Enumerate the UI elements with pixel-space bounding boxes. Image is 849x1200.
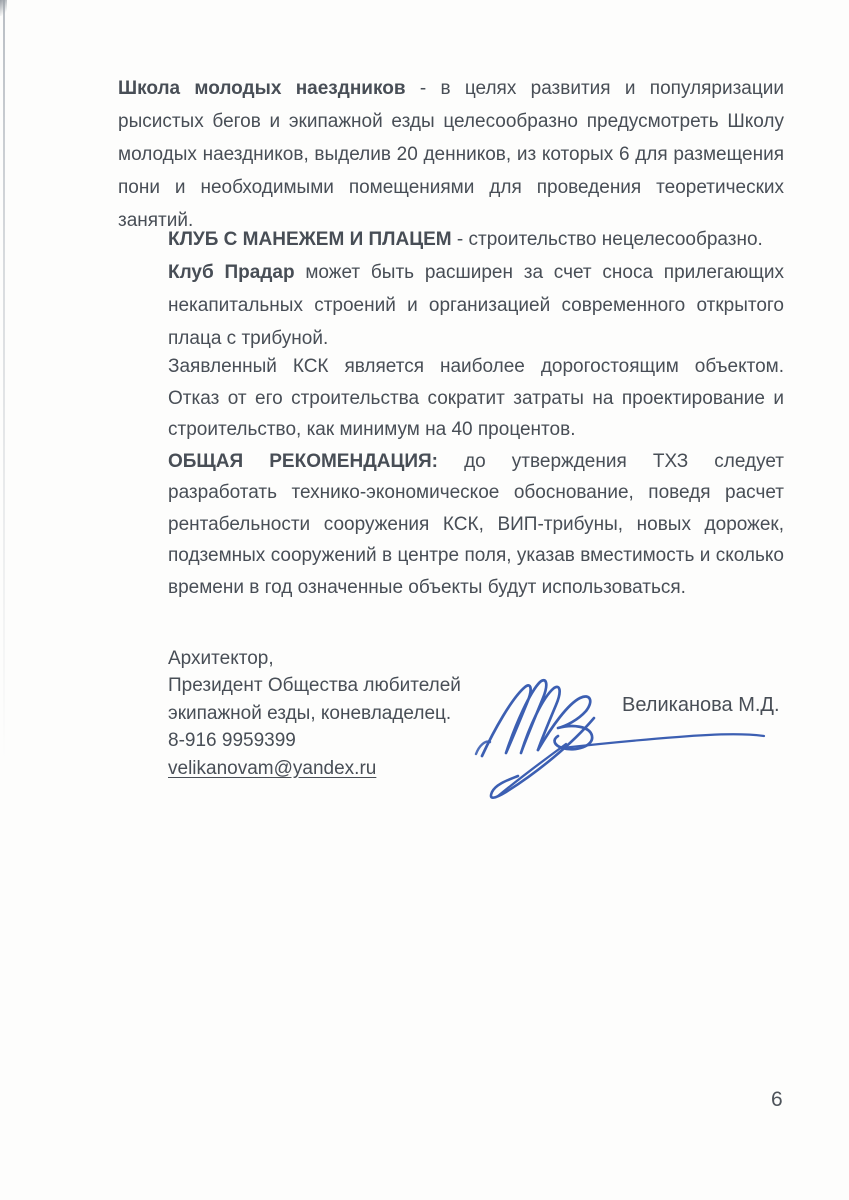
signer-name: Великанова М.Д. [622, 694, 780, 717]
recommendation-text: до утверждения ТХЗ следует разработать т… [168, 451, 784, 598]
signer-title-line: Архитектор, [168, 645, 461, 672]
paragraph-group-recommendation: Заявленный КСК является наиболее дорогос… [168, 351, 784, 603]
paragraph-club-pradar: Клуб Прадар может быть расширен за счет … [168, 256, 784, 355]
signer-title-line: Президент Общества любителей [168, 672, 461, 699]
scan-edge-artifact [3, 0, 5, 760]
scan-corner-mark [0, 0, 7, 16]
document-page: Школа молодых наездников - в целях разви… [0, 0, 849, 1200]
signer-title-line: экипажной езды, коневладелец. [168, 700, 461, 727]
page-number: 6 [771, 1088, 783, 1112]
school-heading-bold: Школа молодых наездников [118, 78, 406, 99]
school-text: - в целях развития и популяризации рысис… [118, 78, 784, 231]
club-heading-bold: КЛУБ С МАНЕЖЕМ И ПЛАЦЕМ [168, 229, 452, 250]
signature-block: Архитектор, Президент Общества любителей… [168, 645, 461, 782]
recommendation-bold: ОБЩАЯ РЕКОМЕНДАЦИЯ: [168, 451, 438, 472]
signer-phone: 8-916 9959399 [168, 727, 461, 754]
paragraph-recommendation: ОБЩАЯ РЕКОМЕНДАЦИЯ: до утверждения ТХЗ с… [168, 446, 784, 604]
club-heading-text: - строительство нецелесообразно. [452, 229, 763, 250]
paragraph-school: Школа молодых наездников - в целях разви… [118, 72, 784, 237]
club-pradar-bold: Клуб Прадар [168, 262, 295, 283]
paragraph-ksk: Заявленный КСК является наиболее дорогос… [168, 351, 784, 446]
paragraph-group-club: КЛУБ С МАНЕЖЕМ И ПЛАЦЕМ - строительство … [168, 223, 784, 355]
email-link[interactable]: velikanovam@yandex.ru [168, 758, 376, 779]
handwritten-signature [468, 668, 770, 808]
paragraph-club-heading: КЛУБ С МАНЕЖЕМ И ПЛАЦЕМ - строительство … [168, 223, 784, 256]
